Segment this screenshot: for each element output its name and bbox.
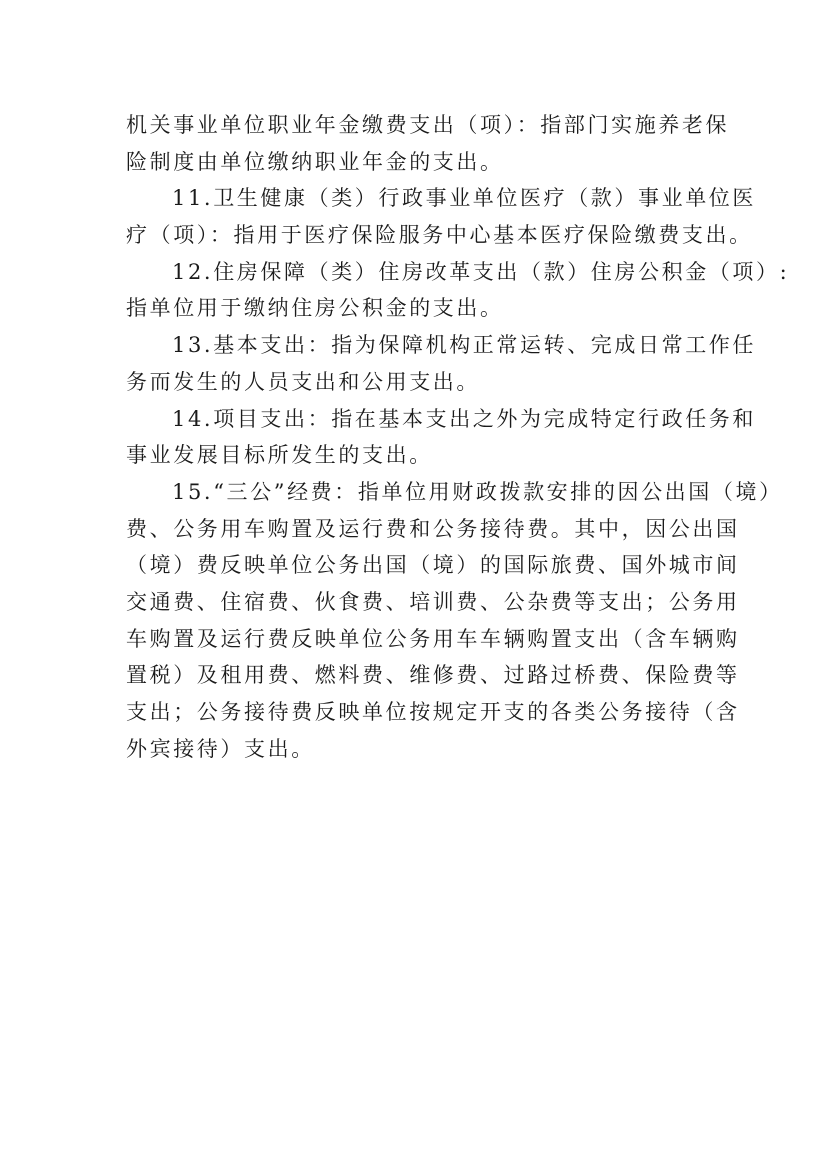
paragraph-15-line-4: 交通费、住宿费、伙食费、培训费、公杂费等支出；公务用 xyxy=(126,584,700,621)
paragraph-15-line-2: 费、公务用车购置及运行费和公务接待费。其中，因公出国 xyxy=(126,511,700,548)
paragraph-15-line-8: 外宾接待）支出。 xyxy=(126,731,700,768)
paragraph-15-line-5: 车购置及运行费反映单位公务用车车辆购置支出（含车辆购 xyxy=(126,621,700,658)
document-body: 机关事业单位职业年金缴费支出（项）：指部门实施养老保 险制度由单位缴纳职业年金的… xyxy=(126,107,700,767)
paragraph-12-line-1: 12.住房保障（类）住房改革支出（款）住房公积金（项）: xyxy=(126,254,700,291)
paragraph-15-line-6: 置税）及租用费、燃料费、维修费、过路过桥费、保险费等 xyxy=(126,657,700,694)
paragraph-14-line-1: 14.项目支出：指在基本支出之外为完成特定行政任务和 xyxy=(126,401,700,438)
document-page: 机关事业单位职业年金缴费支出（项）：指部门实施养老保 险制度由单位缴纳职业年金的… xyxy=(0,0,826,1169)
paragraph-12-line-2: 指单位用于缴纳住房公积金的支出。 xyxy=(126,290,700,327)
paragraph-10-line-2: 险制度由单位缴纳职业年金的支出。 xyxy=(126,144,700,181)
paragraph-14-line-2: 事业发展目标所发生的支出。 xyxy=(126,437,700,474)
paragraph-11-line-1: 11.卫生健康（类）行政事业单位医疗（款）事业单位医 xyxy=(126,180,700,217)
paragraph-15-line-1: 15.“三公”经费：指单位用财政拨款安排的因公出国（境） xyxy=(126,474,700,511)
paragraph-11-line-2: 疗（项）：指用于医疗保险服务中心基本医疗保险缴费支出。 xyxy=(126,217,700,254)
paragraph-15-line-3: （境）费反映单位公务出国（境）的国际旅费、国外城市间 xyxy=(126,547,700,584)
paragraph-15-line-7: 支出；公务接待费反映单位按规定开支的各类公务接待（含 xyxy=(126,694,700,731)
paragraph-13-line-2: 务而发生的人员支出和公用支出。 xyxy=(126,364,700,401)
paragraph-13-line-1: 13.基本支出：指为保障机构正常运转、完成日常工作任 xyxy=(126,327,700,364)
paragraph-10-line-1: 机关事业单位职业年金缴费支出（项）：指部门实施养老保 xyxy=(126,107,700,144)
